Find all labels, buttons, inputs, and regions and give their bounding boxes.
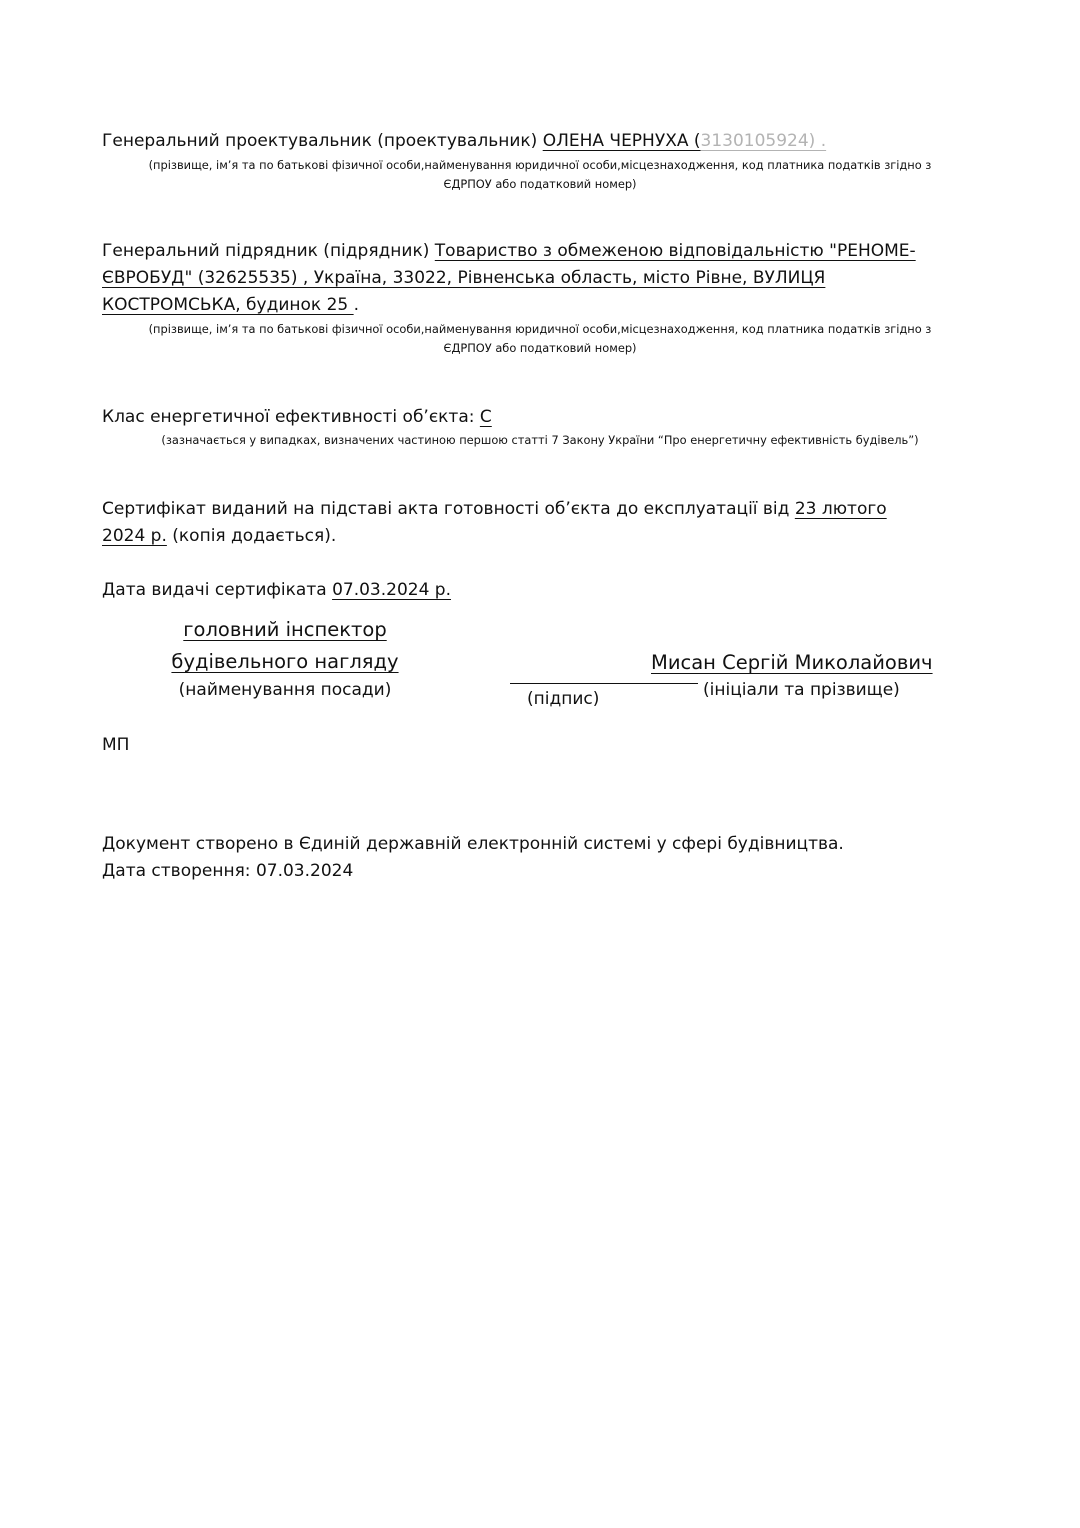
- contractor-value-2: ЄВРОБУД" (32625535) , Україна, 33022, Рі…: [102, 268, 825, 288]
- energy-class-label: Клас енергетичної ефективності об’єкта:: [102, 407, 474, 427]
- designer-label: Генеральний проектувальник (проектувальн…: [102, 131, 537, 151]
- basis-date-2: 2024 р.: [102, 526, 167, 546]
- designer-code: 3130105924) .: [701, 131, 827, 151]
- contractor-row: Генеральний підрядник (підрядник) Товари…: [102, 238, 916, 319]
- position-line-1: головний інспектор: [183, 618, 386, 641]
- contractor-value-1: Товариство з обмеженою відповідальністю …: [435, 241, 916, 261]
- signer-name-wrap: Мисан Сергій Миколайович: [651, 647, 933, 679]
- position-caption: (найменування посади): [140, 680, 430, 700]
- issue-date-row: Дата видачі сертифіката 07.03.2024 р.: [102, 577, 451, 604]
- energy-class-value: C: [480, 407, 492, 427]
- contractor-note: (прізвище, ім’я та по батькові фізичної …: [90, 320, 990, 358]
- signature-caption: (підпис): [527, 689, 599, 709]
- signature-line: [510, 683, 698, 684]
- position-block: головний інспектор будівельного нагляду: [140, 614, 430, 678]
- designer-name: ОЛЕНА ЧЕРНУХА (: [543, 131, 701, 151]
- basis-date-1: 23 лютого: [795, 499, 887, 519]
- designer-note: (прізвище, ім’я та по батькові фізичної …: [90, 156, 990, 194]
- signer-name: Мисан Сергій Миколайович: [651, 651, 933, 674]
- issue-date-label: Дата видачі сертифіката: [102, 580, 327, 600]
- contractor-value-3: КОСТРОМСЬКА, будинок 25: [102, 295, 354, 315]
- footer: Документ створено в Єдиній державній еле…: [102, 831, 844, 885]
- issue-date-value: 07.03.2024 р.: [332, 580, 451, 600]
- signer-name-caption: (ініціали та прізвище): [703, 680, 900, 700]
- basis-text: Сертифікат виданий на підставі акта гото…: [102, 499, 789, 519]
- footer-line-2: Дата створення: 07.03.2024: [102, 858, 844, 885]
- energy-class-note: (зазначається у випадках, визначених час…: [90, 431, 990, 450]
- contractor-label: Генеральний підрядник (підрядник): [102, 241, 429, 261]
- position-line-2: будівельного нагляду: [171, 650, 398, 673]
- designer-row: Генеральний проектувальник (проектувальн…: [102, 128, 826, 155]
- footer-line-1: Документ створено в Єдиній державній еле…: [102, 831, 844, 858]
- stamp-mark: МП: [102, 732, 129, 759]
- creation-date: 07.03.2024: [256, 861, 353, 881]
- energy-class-row: Клас енергетичної ефективності об’єкта: …: [102, 404, 492, 431]
- basis-row: Сертифікат виданий на підставі акта гото…: [102, 496, 887, 550]
- basis-suffix: (копія додається).: [172, 526, 336, 546]
